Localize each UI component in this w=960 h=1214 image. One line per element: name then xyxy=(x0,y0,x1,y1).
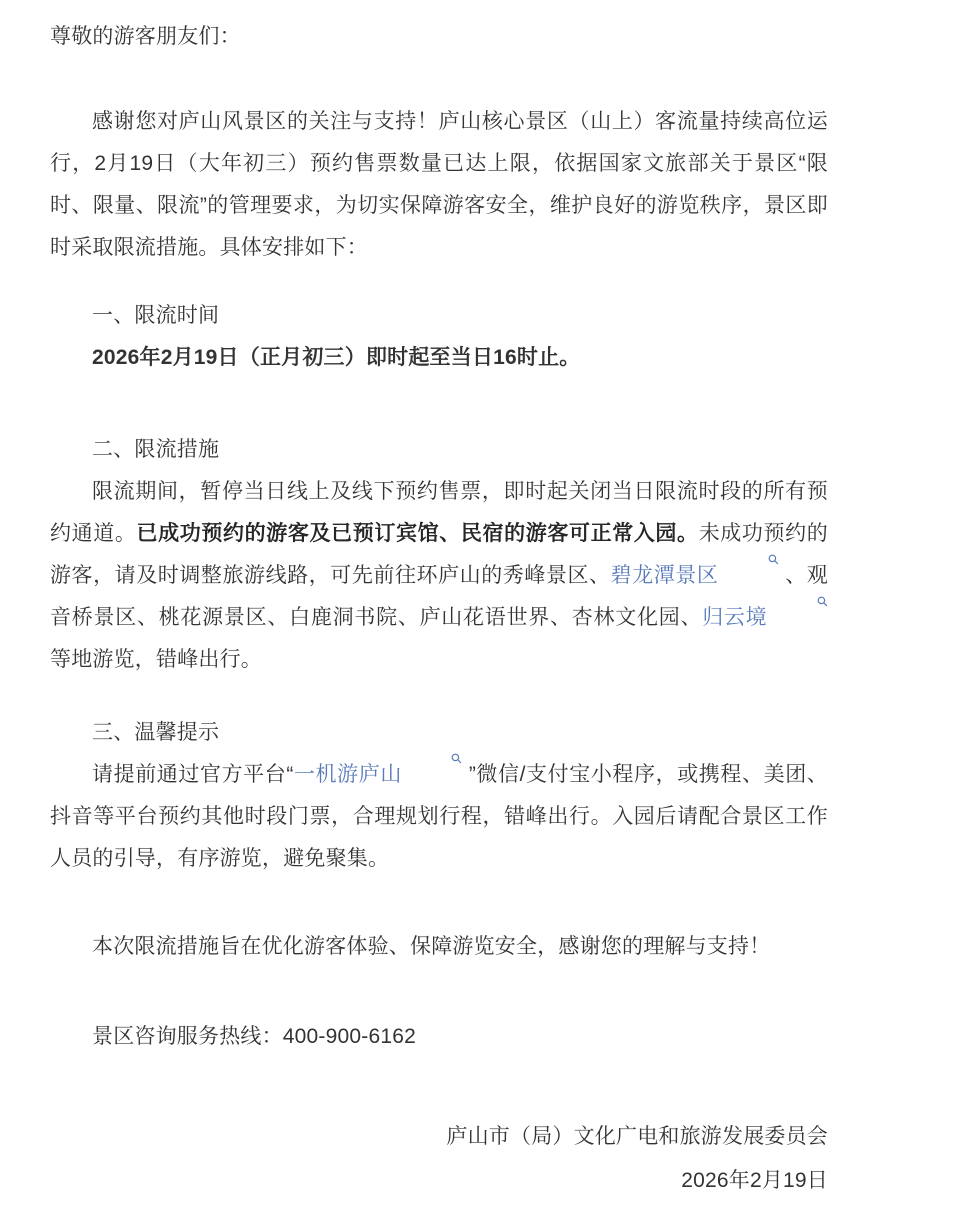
section-3-heading: 三、温馨提示 xyxy=(50,712,828,754)
text-segment: 请提前通过官方平台“ xyxy=(92,763,294,786)
section-2-heading: 二、限流措施 xyxy=(50,429,828,471)
hotline: 景区咨询服务热线：400-900-6162 xyxy=(50,1016,828,1058)
measures-paragraph: 限流期间，暂停当日线上及线下预约售票，即时起关闭当日限流时段的所有预约通道。已成… xyxy=(50,471,828,681)
signature: 庐山市（局）文化广电和旅游发展委员会 xyxy=(50,1116,828,1158)
link-bilongtan-scenic-area[interactable]: 碧龙潭景区 xyxy=(611,564,786,587)
text-segment: 等地游览，错峰出行。 xyxy=(50,648,262,671)
search-icon xyxy=(726,554,779,565)
search-icon xyxy=(775,596,828,607)
search-icon xyxy=(409,753,462,764)
notice-document: 尊敬的游客朋友们： 感谢您对庐山风景区的关注与支持！庐山核心景区（山上）客流量持… xyxy=(0,0,828,1202)
signature-date: 2026年2月19日 xyxy=(50,1160,828,1202)
closing-paragraph: 本次限流措施旨在优化游客体验、保障游览安全，感谢您的理解与支持！ xyxy=(50,926,828,968)
link-guiyunjing[interactable]: 归云境 xyxy=(702,606,828,629)
tips-paragraph: 请提前通过官方平台“一机游庐山 ”微信/支付宝小程序，或携程、美团、抖音等平台预… xyxy=(50,754,828,880)
section-1-heading: 一、限流时间 xyxy=(50,295,828,337)
link-yiji-you-lushan[interactable]: 一机游庐山 xyxy=(294,763,469,786)
intro-paragraph: 感谢您对庐山风景区的关注与支持！庐山核心景区（山上）客流量持续高位运行，2月19… xyxy=(50,101,828,269)
restriction-time-highlight: 2026年2月19日（正月初三）即时起至当日16时止。 xyxy=(50,337,828,379)
bold-emphasis-text: 已成功预约的游客及已预订宾馆、民宿的游客可正常入园。 xyxy=(137,522,699,545)
greeting: 尊敬的游客朋友们： xyxy=(50,16,828,58)
